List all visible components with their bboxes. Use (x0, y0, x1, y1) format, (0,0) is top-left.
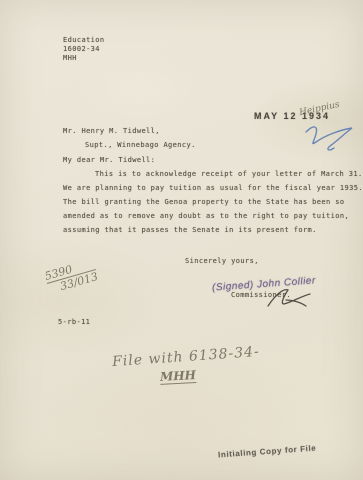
file-heading-initials: MHH (63, 54, 77, 62)
body-line: This is to acknowledge receipt of your l… (63, 170, 363, 184)
recipient-title: Supt., Winnebago Agency. (85, 141, 196, 149)
salutation: My dear Mr. Tidwell: (63, 156, 155, 164)
body-line: We are planning to pay tuition as usual … (63, 184, 363, 198)
ink-paraph-flourish (300, 122, 360, 156)
file-heading-number: 16002-34 (63, 45, 100, 53)
recipient-name: Mr. Henry M. Tidwell, (63, 127, 160, 135)
pencil-file-initials: MHH (160, 368, 197, 385)
letter-page: Education 16002-34 MHH MAY 12 1934 Heipp… (0, 0, 363, 480)
closing: Sincerely yours, (185, 257, 259, 265)
file-heading-subject: Education (63, 36, 105, 44)
body-line: amended as to remove any doubt as to the… (63, 212, 363, 226)
body-line: The bill granting the Genoa property to … (63, 198, 363, 212)
pencil-file-number: 5390 33/013 (43, 257, 99, 297)
typist-code: 5-rb-11 (58, 318, 90, 326)
body-line: assuming that it passes the Senate in it… (63, 226, 363, 240)
pencil-file-note: File with 6138-34- (112, 344, 261, 370)
signature-flourish (258, 284, 314, 312)
letter-body: This is to acknowledge receipt of your l… (63, 170, 363, 240)
initialing-copy-stamp: Initialing Copy for File (218, 444, 317, 460)
